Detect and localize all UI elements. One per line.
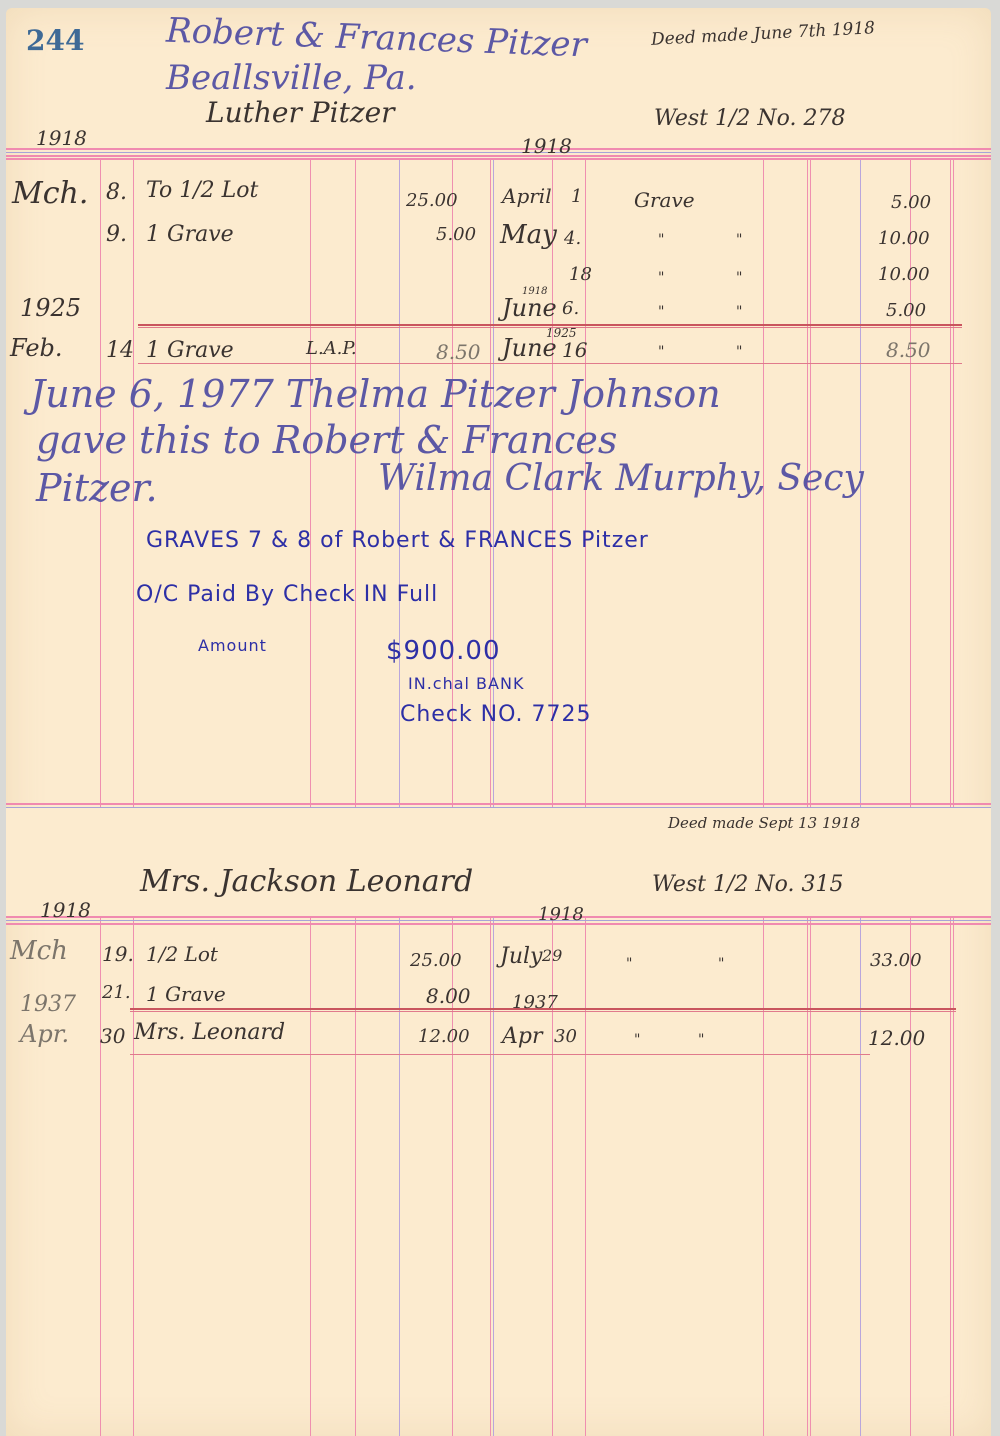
debit-year-1925: 1925 [20,294,81,322]
lot-number-2: West 1/2 No. 315 [652,872,843,897]
credit-year-2: 1918 [538,904,584,925]
ledger-page: 244 Robert & Frances Pitzer Beallsville,… [6,8,991,1436]
credit-year: 1918 [521,134,572,158]
owner-address: Beallsville, Pa. [166,58,417,98]
owner-name-2: Mrs. Jackson Leonard [140,864,473,899]
secretary-signature: Wilma Clark Murphy, Secy [378,458,864,499]
debit-year-2: 1918 [40,898,91,922]
deed-note-2: Deed made Sept 13 1918 [668,814,860,832]
debit-year: 1918 [36,126,87,150]
original-owner: Luther Pitzer [206,96,395,129]
deed-note: Deed made June 7th 1918 [651,18,876,50]
debit-year-1937: 1937 [20,992,76,1017]
header-rule-2 [6,803,991,805]
page-number: 244 [26,24,84,57]
check-number: Check NO. 7725 [400,702,592,727]
payment-amount: $900.00 [386,636,501,666]
header-rule-1 [6,148,991,150]
lot-number: West 1/2 No. 278 [654,106,845,131]
